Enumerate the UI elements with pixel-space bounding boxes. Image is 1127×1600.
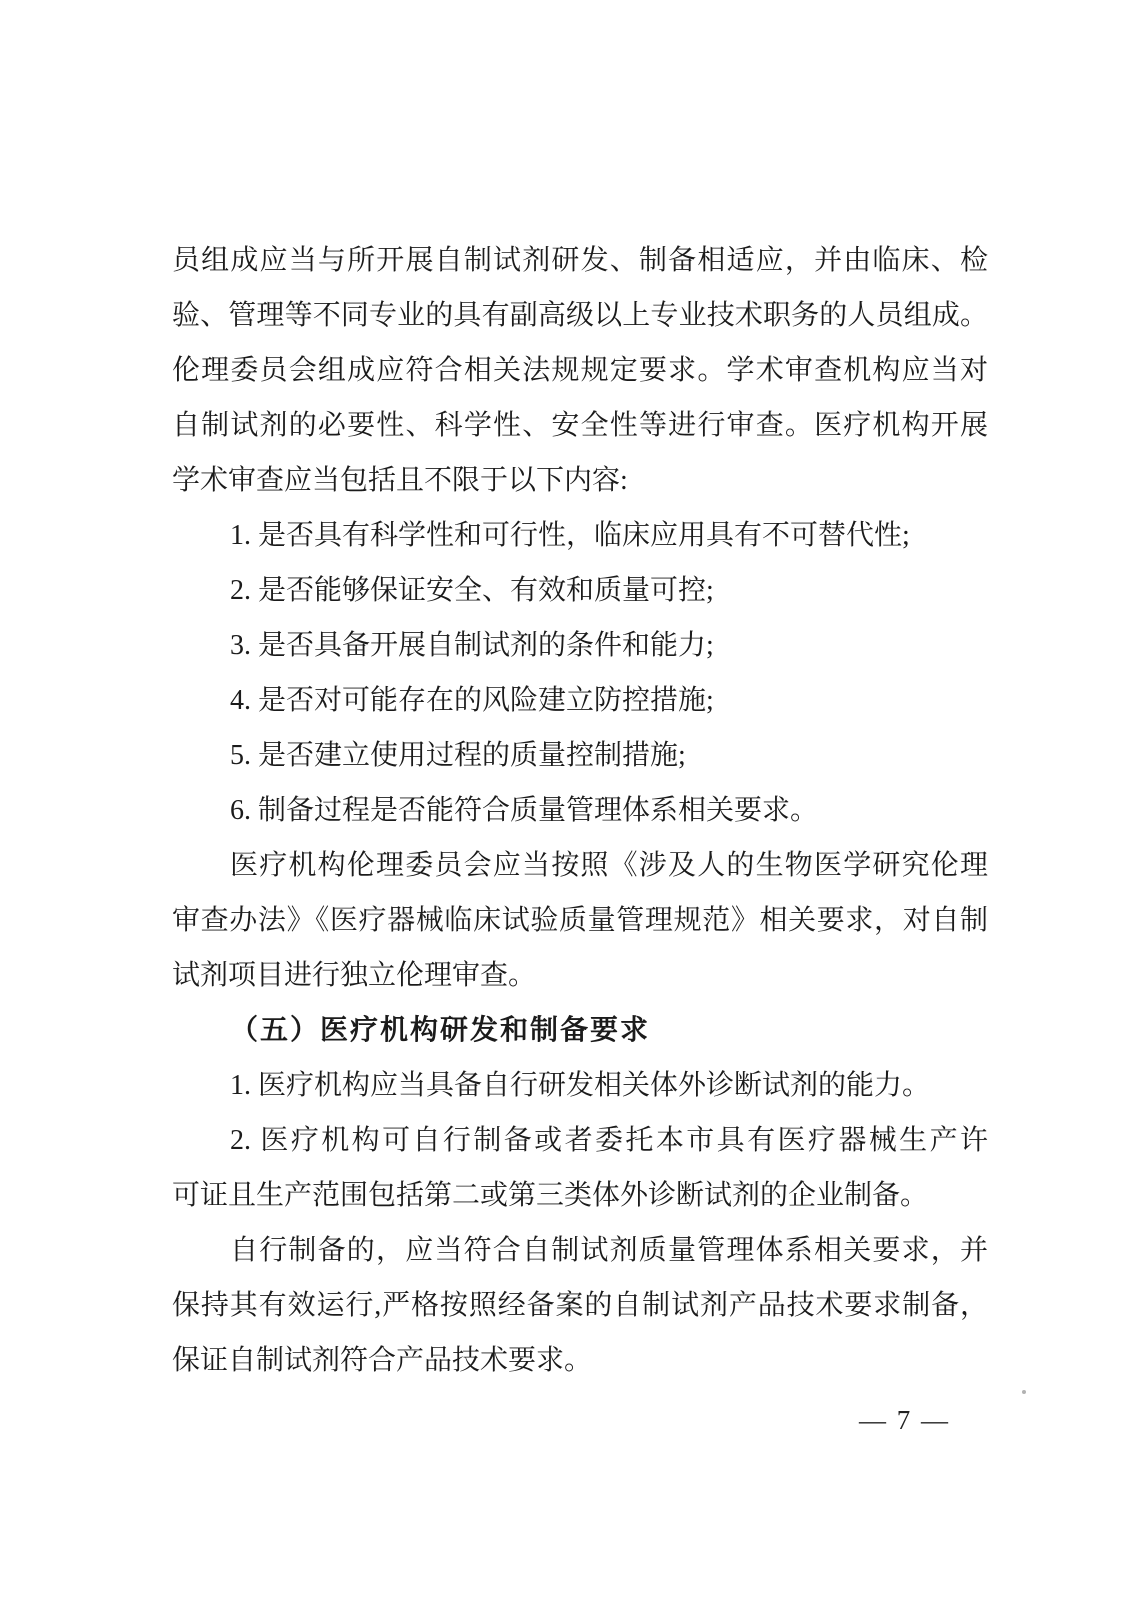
paragraph-line: 2. 医疗机构可自行制备或者委托本市具有医疗器械生产许 (172, 1113, 988, 1168)
section-heading: （五）医疗机构研发和制备要求 (172, 1003, 988, 1058)
page-number: — 7 — (859, 1402, 950, 1438)
paragraph-line: 伦理委员会组成应符合相关法规规定要求。学术审查机构应当对 (172, 343, 988, 398)
list-item: 1. 是否具有科学性和可行性，临床应用具有不可替代性; (172, 508, 988, 563)
paragraph-line: 可证且生产范围包括第二或第三类体外诊断试剂的企业制备。 (172, 1168, 988, 1223)
paragraph-line: 医疗机构伦理委员会应当按照《涉及人的生物医学研究伦理 (172, 838, 988, 893)
paragraph-line: 员组成应当与所开展自制试剂研发、制备相适应，并由临床、检 (172, 233, 988, 288)
paragraph-line: 审查办法》《医疗器械临床试验质量管理规范》相关要求，对自制 (172, 893, 988, 948)
paragraph-line: 验、管理等不同专业的具有副高级以上专业技术职务的人员组成。 (172, 288, 988, 343)
list-item: 5. 是否建立使用过程的质量控制措施; (172, 728, 988, 783)
document-page: 员组成应当与所开展自制试剂研发、制备相适应，并由临床、检 验、管理等不同专业的具… (0, 0, 1127, 1600)
list-item: 2. 是否能够保证安全、有效和质量可控; (172, 563, 988, 618)
paragraph-line: 自制试剂的必要性、科学性、安全性等进行审查。医疗机构开展 (172, 398, 988, 453)
paragraph-line: 保持其有效运行,严格按照经备案的自制试剂产品技术要求制备， (172, 1278, 988, 1333)
paragraph-line: 保证自制试剂符合产品技术要求。 (172, 1333, 988, 1388)
list-item: 4. 是否对可能存在的风险建立防控措施; (172, 673, 988, 728)
paragraph-line: 1. 医疗机构应当具备自行研发相关体外诊断试剂的能力。 (172, 1058, 988, 1113)
list-item: 3. 是否具备开展自制试剂的条件和能力; (172, 618, 988, 673)
paragraph-line: 自行制备的，应当符合自制试剂质量管理体系相关要求，并 (172, 1223, 988, 1278)
text-block: 员组成应当与所开展自制试剂研发、制备相适应，并由临床、检 验、管理等不同专业的具… (172, 233, 988, 1388)
list-item: 6. 制备过程是否能符合质量管理体系相关要求。 (172, 783, 988, 838)
paragraph-line: 试剂项目进行独立伦理审查。 (172, 948, 988, 1003)
paragraph-line: 学术审查应当包括且不限于以下内容: (172, 453, 988, 508)
scan-artifact-dot (1022, 1390, 1026, 1394)
